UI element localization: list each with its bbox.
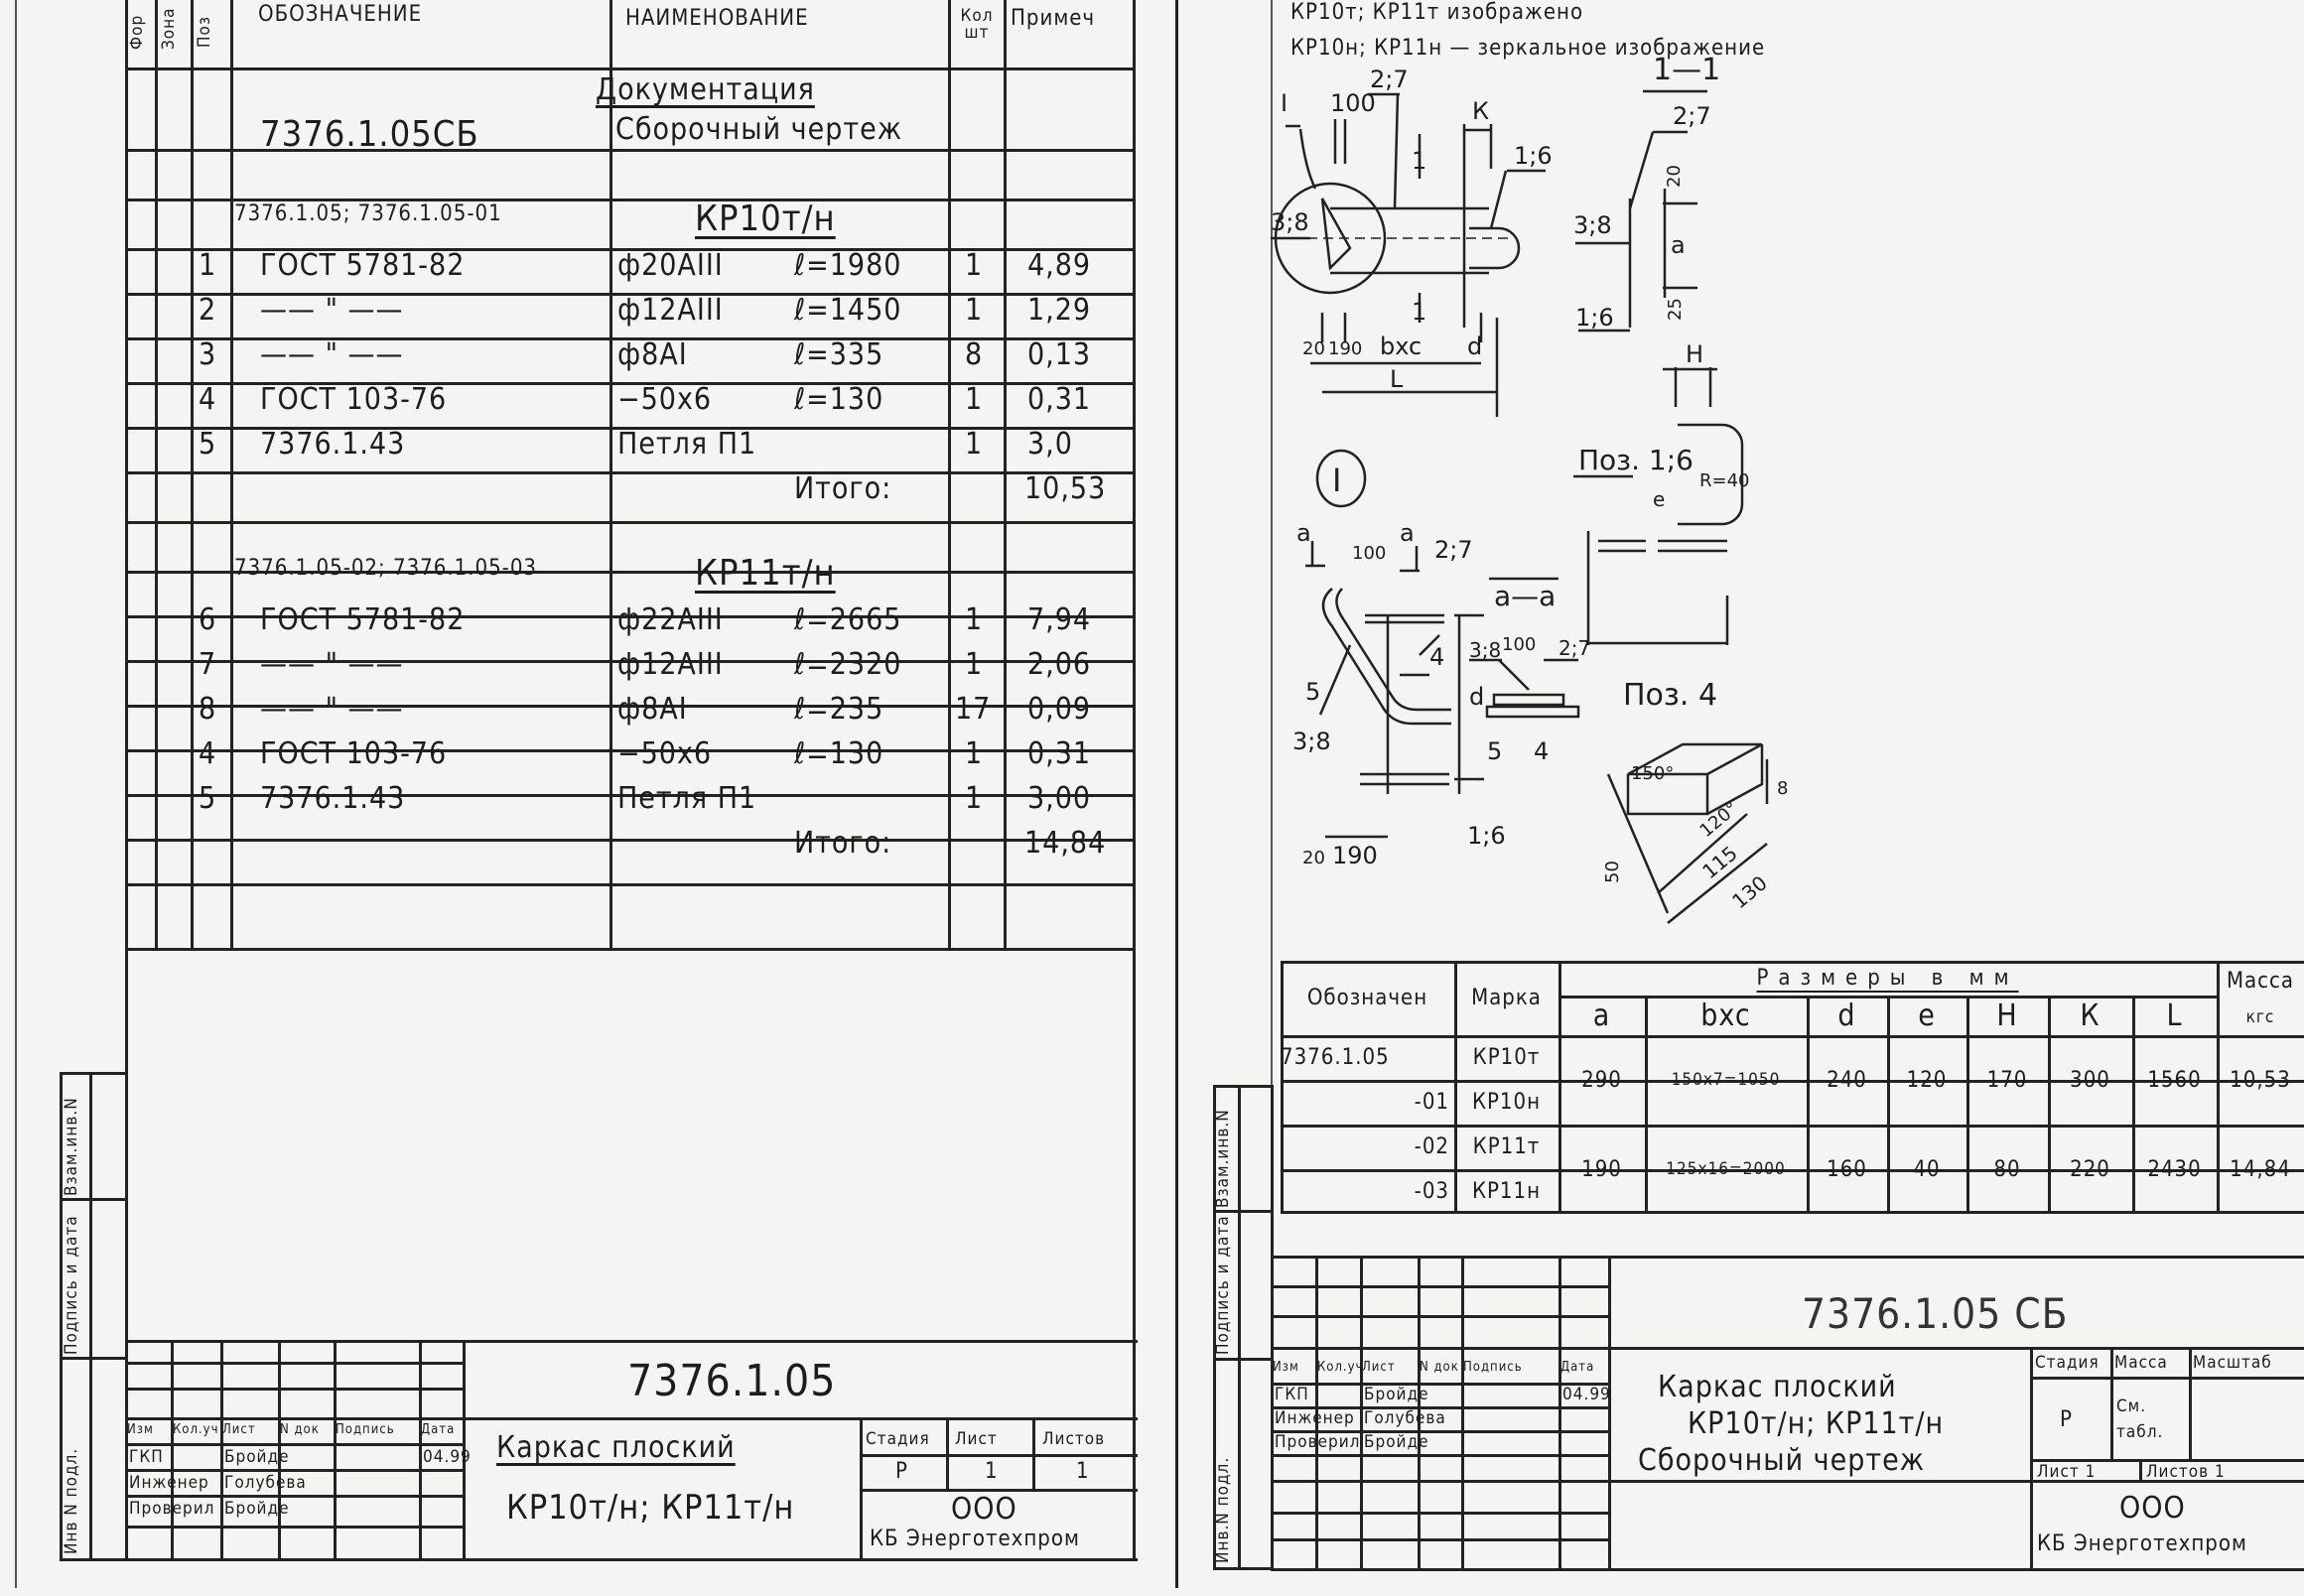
size-col-header: bxc bbox=[1645, 996, 1807, 1035]
row-pos: 4 bbox=[199, 385, 216, 415]
row-note: 0,09 bbox=[1027, 695, 1091, 725]
right-doc-number: 7376.1.05 СБ bbox=[1802, 1293, 2069, 1335]
row-qty: 1 bbox=[965, 739, 983, 769]
group-title: КР11т/н bbox=[695, 556, 836, 592]
row-name: ф8АI bbox=[617, 695, 688, 725]
svg-text:а: а bbox=[1400, 519, 1415, 547]
svg-text:100: 100 bbox=[1352, 543, 1386, 564]
tb-role: ГКП bbox=[1275, 1387, 1309, 1403]
left-sheets-count: 1 bbox=[1076, 1461, 1090, 1483]
row-qty: 1 bbox=[965, 784, 983, 814]
main-view-drawing: I 100 2;7 К 1;6 3;8 1 1 20 190 bxc d L 1… bbox=[1271, 0, 2304, 953]
row-length: ℓ=1450 bbox=[794, 296, 901, 326]
size-value: 40 bbox=[1887, 1125, 1966, 1214]
assembly-doc-designation: 7376.1.05СБ bbox=[260, 117, 479, 153]
tb-role: Проверил bbox=[129, 1501, 214, 1518]
stamp-sign-date: Подпись и дата bbox=[64, 1215, 80, 1355]
header-zone: Зона bbox=[161, 7, 178, 50]
total-value: 10,53 bbox=[1024, 474, 1106, 504]
svg-text:bxc: bxc bbox=[1380, 332, 1422, 360]
row-qty: 8 bbox=[965, 340, 983, 370]
tb-header: Подпись bbox=[1463, 1361, 1523, 1374]
right-title-block: 7376.1.05 СБ Каркас плоский КР10т/н; КР1… bbox=[1271, 1256, 2304, 1573]
tb-date: 04.99 bbox=[423, 1449, 472, 1466]
size-col-header: е bbox=[1887, 996, 1966, 1035]
row-designation: -03 bbox=[1281, 1169, 1449, 1214]
right-sheet-number: Лист 1 bbox=[2037, 1464, 2096, 1481]
right-sheets-count: Листов 1 bbox=[2146, 1464, 2226, 1481]
left-title-line2: КР10т/н; КР11т/н bbox=[506, 1491, 794, 1525]
left-title-line1: Каркас плоский bbox=[496, 1433, 736, 1463]
row-name: Петля П1 bbox=[617, 430, 756, 460]
svg-text:20: 20 bbox=[1302, 848, 1325, 868]
right-mass: См. табл. bbox=[2116, 1395, 2186, 1445]
grid-line bbox=[125, 471, 1133, 474]
size-col-header: d bbox=[1807, 996, 1887, 1035]
tb-header: Лист bbox=[1362, 1361, 1396, 1374]
row-qty: 17 bbox=[955, 695, 991, 725]
tb-name: Бройде bbox=[1364, 1434, 1428, 1451]
svg-text:1—1: 1—1 bbox=[1653, 53, 1720, 87]
row-designation: -01 bbox=[1281, 1080, 1449, 1125]
left-sheet-label: Лист bbox=[955, 1431, 998, 1448]
header-pos: Поз bbox=[197, 16, 213, 48]
size-value: 125x16=2000 bbox=[1645, 1125, 1807, 1214]
svg-text:d: d bbox=[1469, 683, 1484, 711]
svg-text:1: 1 bbox=[1412, 298, 1426, 326]
mass-value: 14,84 bbox=[2217, 1125, 2304, 1214]
row-pos: 4 bbox=[199, 739, 216, 769]
svg-text:е: е bbox=[1653, 487, 1665, 511]
size-value: 1560 bbox=[2132, 1035, 2217, 1125]
svg-text:R=40: R=40 bbox=[1699, 470, 1750, 491]
row-name: −50x6 bbox=[617, 385, 712, 415]
right-title-line1: Каркас плоский bbox=[1658, 1373, 1897, 1402]
detail-ref-I: I bbox=[1281, 89, 1288, 117]
row-qty: 1 bbox=[965, 251, 983, 281]
left-org-line1: ООО bbox=[951, 1495, 1017, 1525]
row-length: ℓ=2320 bbox=[794, 650, 901, 680]
svg-text:3;8: 3;8 bbox=[1271, 208, 1309, 236]
right-stage-label: Стадия bbox=[2035, 1355, 2100, 1372]
svg-text:2;7: 2;7 bbox=[1673, 102, 1711, 130]
right-org-line2: КБ Энерготехпром bbox=[2037, 1533, 2247, 1555]
row-length: ℓ=235 bbox=[794, 695, 883, 725]
svg-text:К: К bbox=[1472, 97, 1489, 125]
svg-text:20: 20 bbox=[1302, 338, 1325, 359]
size-value: 2430 bbox=[2132, 1125, 2217, 1214]
svg-text:120°: 120° bbox=[1695, 798, 1742, 842]
row-note: 0,13 bbox=[1027, 340, 1091, 370]
svg-text:4: 4 bbox=[1429, 643, 1444, 671]
grid-line bbox=[125, 67, 1133, 70]
svg-text:а: а bbox=[1296, 519, 1311, 547]
row-mark: КР11н bbox=[1454, 1169, 1559, 1214]
row-length: ℓ=335 bbox=[794, 340, 883, 370]
row-pos: 1 bbox=[199, 251, 216, 281]
row-pos: 5 bbox=[199, 784, 216, 814]
group-designation: 7376.1.05; 7376.1.05-01 bbox=[234, 203, 502, 225]
right-mass-label: Масса bbox=[2114, 1355, 2168, 1372]
svg-text:8: 8 bbox=[1777, 778, 1788, 799]
stamp-inv-original: Инв N подл. bbox=[64, 1448, 80, 1554]
right-org-line1: ООО bbox=[2119, 1494, 2186, 1524]
row-note: 0,31 bbox=[1027, 739, 1091, 769]
size-value: 120 bbox=[1887, 1035, 1966, 1125]
row-note: 4,89 bbox=[1027, 251, 1091, 281]
row-pos: 8 bbox=[199, 695, 216, 725]
left-sheet: Фор Зона Поз ОБОЗНАЧЕНИЕ НАИМЕНОВАНИЕ Ко… bbox=[0, 0, 1152, 1596]
svg-text:150°: 150° bbox=[1631, 763, 1674, 784]
size-value: 290 bbox=[1559, 1035, 1645, 1125]
left-stage: Р bbox=[895, 1461, 908, 1483]
right-title-line2: КР10т/н; КР11т/н bbox=[1688, 1409, 1944, 1439]
header-designation: ОБОЗНАЧЕНИЕ bbox=[258, 4, 422, 26]
grid-line bbox=[125, 883, 1133, 886]
total-label: Итого: bbox=[794, 829, 891, 859]
tb-header: Дата bbox=[421, 1423, 455, 1436]
row-length: ℓ=130 bbox=[794, 385, 883, 415]
grid-line bbox=[125, 948, 1133, 951]
tb-header: Изм bbox=[127, 1423, 154, 1436]
size-col-header: L bbox=[2132, 996, 2217, 1035]
tb-name: Голубева bbox=[224, 1475, 307, 1492]
svg-text:3;8: 3;8 bbox=[1469, 638, 1501, 662]
svg-text:2;7: 2;7 bbox=[1559, 636, 1590, 660]
stamp-replace-inv: Взам.инв.N bbox=[64, 1097, 80, 1196]
left-stage-label: Стадия bbox=[866, 1431, 930, 1448]
mass-unit: кгс bbox=[2217, 998, 2304, 1035]
svg-text:190: 190 bbox=[1332, 842, 1378, 869]
row-designation: ГОСТ 5781-82 bbox=[260, 251, 465, 281]
header-name: НАИМЕНОВАНИЕ bbox=[625, 8, 809, 30]
left-sheet-number: 1 bbox=[985, 1461, 999, 1483]
row-mark: КР10т bbox=[1454, 1035, 1559, 1080]
mass-value: 10,53 bbox=[2217, 1035, 2304, 1125]
row-name: Петля П1 bbox=[617, 784, 756, 814]
svg-text:190: 190 bbox=[1328, 338, 1362, 359]
row-pos: 5 bbox=[199, 430, 216, 460]
svg-text:50: 50 bbox=[1602, 861, 1623, 883]
mass-header: Масса bbox=[2217, 961, 2304, 1000]
size-col-header: К bbox=[2048, 996, 2132, 1035]
svg-text:5: 5 bbox=[1305, 678, 1320, 706]
size-value: 240 bbox=[1807, 1035, 1887, 1125]
tb-header: Дата bbox=[1560, 1361, 1594, 1374]
col-designation: Обозначен bbox=[1281, 961, 1454, 1035]
row-designation: ГОСТ 103-76 bbox=[260, 385, 447, 415]
svg-text:2;7: 2;7 bbox=[1434, 536, 1473, 564]
row-designation: ГОСТ 103-76 bbox=[260, 739, 447, 769]
svg-text:5: 5 bbox=[1487, 737, 1502, 765]
svg-text:25: 25 bbox=[1665, 298, 1686, 321]
row-name: ф8АI bbox=[617, 340, 688, 370]
header-note: Примеч bbox=[1011, 8, 1095, 30]
tb-header: Кол.уч bbox=[1317, 1361, 1363, 1374]
tb-role: Проверил bbox=[1275, 1434, 1360, 1451]
header-qty: Кол шт bbox=[951, 8, 1003, 42]
row-designation: ГОСТ 5781-82 bbox=[260, 605, 465, 635]
row-pos: 2 bbox=[199, 296, 216, 326]
left-sheets-label: Листов bbox=[1042, 1431, 1105, 1448]
tb-header: Кол.уч bbox=[173, 1423, 218, 1436]
row-note: 1,29 bbox=[1027, 296, 1091, 326]
row-note: 7,94 bbox=[1027, 605, 1091, 635]
svg-text:а: а bbox=[1671, 231, 1686, 259]
row-qty: 1 bbox=[965, 605, 983, 635]
tb-name: Бройде bbox=[224, 1501, 289, 1518]
grid-line bbox=[125, 521, 1133, 524]
note-mirror: КР10н; КР11н — зеркальное изображение bbox=[1290, 38, 1765, 60]
tb-role: ГКП bbox=[129, 1449, 164, 1466]
row-note: 3,00 bbox=[1027, 784, 1091, 814]
tb-header: N док bbox=[280, 1423, 320, 1436]
row-length: ℓ=1980 bbox=[794, 251, 901, 281]
right-stage: Р bbox=[2060, 1409, 2073, 1431]
svg-text:3;8: 3;8 bbox=[1292, 728, 1331, 755]
row-name: ф12АIII bbox=[617, 296, 724, 326]
sizes-header: Размеры в мм bbox=[1559, 961, 2217, 996]
row-designation: -02 bbox=[1281, 1125, 1449, 1169]
row-designation: 7376.1.43 bbox=[260, 784, 405, 814]
tb-header: Подпись bbox=[336, 1423, 395, 1436]
row-name: ф22АIII bbox=[617, 605, 724, 635]
svg-text:d: d bbox=[1467, 332, 1482, 360]
svg-text:а—а: а—а bbox=[1494, 580, 1556, 612]
row-name: ф12АIII bbox=[617, 650, 724, 680]
row-qty: 1 bbox=[965, 296, 983, 326]
svg-text:100: 100 bbox=[1330, 89, 1376, 117]
row-pos: 6 bbox=[199, 605, 216, 635]
tb-name: Бройде bbox=[224, 1449, 289, 1466]
left-org-line2: КБ Энерготехпром bbox=[870, 1529, 1080, 1550]
right-stamp-sign-date: Подпись и дата bbox=[1215, 1215, 1232, 1355]
col-mark: Марка bbox=[1454, 961, 1559, 1035]
svg-text:Поз. 4: Поз. 4 bbox=[1623, 678, 1717, 713]
note-drawn: КР10т; КР11т изображено bbox=[1290, 2, 1583, 24]
size-value: 170 bbox=[1966, 1035, 2048, 1125]
tb-header: N док bbox=[1420, 1361, 1459, 1374]
svg-text:130: 130 bbox=[1727, 870, 1772, 913]
svg-text:3;8: 3;8 bbox=[1573, 211, 1612, 239]
right-side-stamp: Взам.инв.N Подпись и дата Инв.N подл. bbox=[1213, 1085, 1273, 1571]
size-col-header: Н bbox=[1966, 996, 2048, 1035]
row-designation: —— " —— bbox=[260, 340, 404, 370]
row-pos: 7 bbox=[199, 650, 216, 680]
row-designation: 7376.1.43 bbox=[260, 430, 405, 460]
svg-text:Н: Н bbox=[1686, 340, 1703, 368]
total-value: 14,84 bbox=[1024, 829, 1106, 859]
tb-name: Бройде bbox=[1364, 1387, 1428, 1403]
row-qty: 1 bbox=[965, 430, 983, 460]
row-mark: КР11т bbox=[1454, 1125, 1559, 1169]
header-format: Фор bbox=[129, 15, 146, 50]
group-designation: 7376.1.05-02; 7376.1.05-03 bbox=[234, 558, 537, 580]
tb-name: Голубева bbox=[1364, 1410, 1446, 1427]
svg-text:1: 1 bbox=[1412, 147, 1426, 175]
row-length: ℓ=2665 bbox=[794, 605, 901, 635]
row-mark: КР10н bbox=[1454, 1080, 1559, 1125]
tb-header: Изм bbox=[1273, 1361, 1299, 1374]
svg-text:20: 20 bbox=[1664, 165, 1685, 188]
svg-text:1;6: 1;6 bbox=[1575, 304, 1614, 332]
right-stamp-replace-inv: Взам.инв.N bbox=[1215, 1109, 1232, 1208]
size-value: 160 bbox=[1807, 1125, 1887, 1214]
right-title-line3: Сборочный чертеж bbox=[1638, 1446, 1925, 1476]
svg-text:1;6: 1;6 bbox=[1514, 142, 1553, 170]
size-value: 150x7=1050 bbox=[1645, 1035, 1807, 1125]
right-scale-label: Масштаб bbox=[2193, 1355, 2272, 1372]
row-qty: 1 bbox=[965, 650, 983, 680]
tb-header: Лист bbox=[222, 1423, 256, 1436]
total-label: Итого: bbox=[794, 474, 891, 504]
svg-text:2;7: 2;7 bbox=[1370, 66, 1409, 93]
right-size-table: Обозначен Марка Размеры в мм Масса кгс а… bbox=[1281, 961, 2304, 1214]
grid-line bbox=[125, 839, 1133, 842]
row-name: −50x6 bbox=[617, 739, 712, 769]
tb-role: Инженер bbox=[129, 1475, 209, 1492]
svg-text:100: 100 bbox=[1502, 634, 1536, 655]
row-designation: —— " —— bbox=[260, 650, 404, 680]
row-qty: 1 bbox=[965, 385, 983, 415]
size-value: 300 bbox=[2048, 1035, 2132, 1125]
left-doc-number: 7376.1.05 bbox=[627, 1360, 836, 1403]
assembly-doc-name: Сборочный чертеж bbox=[615, 115, 902, 145]
row-length: ℓ=130 bbox=[794, 739, 883, 769]
documentation-heading: Документация bbox=[596, 75, 815, 105]
row-pos: 3 bbox=[199, 340, 216, 370]
right-stamp-inv-original: Инв.N подл. bbox=[1215, 1457, 1232, 1563]
svg-text:I: I bbox=[1332, 462, 1341, 499]
size-value: 220 bbox=[2048, 1125, 2132, 1214]
row-designation: —— " —— bbox=[260, 296, 404, 326]
row-note: 0,31 bbox=[1027, 385, 1091, 415]
row-note: 3,0 bbox=[1027, 430, 1073, 460]
row-note: 2,06 bbox=[1027, 650, 1091, 680]
tb-date: 04.99 bbox=[1562, 1387, 1611, 1403]
row-designation: —— " —— bbox=[260, 695, 404, 725]
size-value: 80 bbox=[1966, 1125, 2048, 1214]
svg-text:1;6: 1;6 bbox=[1467, 822, 1506, 850]
size-col-header: а bbox=[1559, 996, 1645, 1035]
svg-text:115: 115 bbox=[1697, 841, 1742, 883]
row-name: ф20АIII bbox=[617, 251, 724, 281]
group-title: КР10т/н bbox=[695, 201, 836, 237]
svg-text:Поз. 1;6: Поз. 1;6 bbox=[1578, 444, 1694, 476]
row-designation: 7376.1.05 bbox=[1281, 1035, 1449, 1080]
size-value: 190 bbox=[1559, 1125, 1645, 1214]
tb-role: Инженер bbox=[1275, 1410, 1355, 1427]
svg-text:L: L bbox=[1390, 365, 1404, 393]
svg-text:4: 4 bbox=[1534, 737, 1549, 765]
